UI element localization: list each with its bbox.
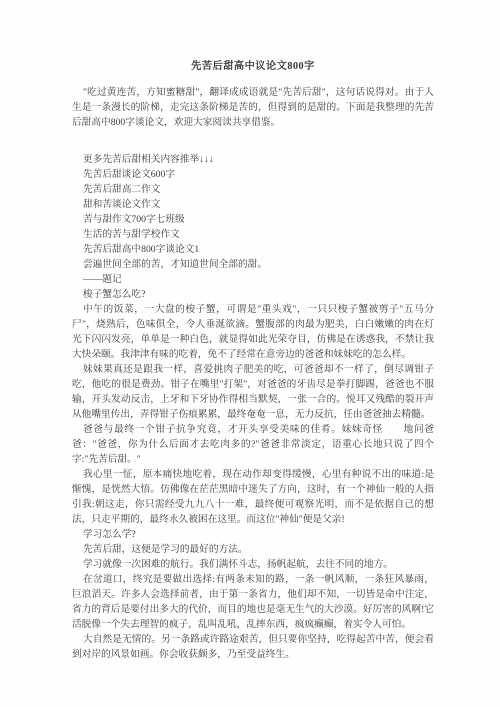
related-item: 先苦后甜谈论文600字 bbox=[72, 167, 434, 182]
related-links-block: 更多先苦后甜相关内容推举↓↓↓ 先苦后甜谈论文600字 先苦后甜高二作文 甜和苦… bbox=[72, 152, 434, 242]
document-page: 先苦后甜高中议论文800字 "吃过黄连苦，方知蜜糖甜"，翻译成成语就是"先苦后甜… bbox=[0, 0, 500, 707]
related-item: 生活的苦与甜学校作文 bbox=[72, 227, 434, 242]
intro-paragraph: "吃过黄连苦，方知蜜糖甜"，翻译成成语就是"先苦后甜"，这句话说得对。由于人生是… bbox=[72, 85, 434, 130]
essay-paragraph: 爸爸与最终一个钳子抗争究竟，才开头享受美味的佳肴。妹妹奇怪 地问爸爸："爸爸，你… bbox=[72, 422, 434, 467]
essay-paragraph: 先苦后甜，这便是学习的最好的方法。 bbox=[72, 542, 434, 557]
essay-paragraph: 学习怎么学? bbox=[72, 527, 434, 542]
essay-paragraph: 我心里一怔，原本痛快地吃着，现在动作却变得缓慢，心里有种说不出的味道:是惭愧，是… bbox=[72, 467, 434, 527]
essay-paragraph: 妹妹果真还是跟我一样，喜爱挑肉子肥美的吃，可爸爸却不一样了，倒尽调钳子吃，他吃的… bbox=[72, 362, 434, 422]
essay-paragraph: 在岔道口，终究是要做出选择:有两条未知的路，一条一帆风顺，一条狂风暴雨，巨浪滔天… bbox=[72, 572, 434, 632]
related-item: 先苦后甜高二作文 bbox=[72, 182, 434, 197]
related-item: 甜和苦谈论文作文 bbox=[72, 197, 434, 212]
page-title: 先苦后甜高中议论文800字 bbox=[72, 59, 434, 75]
essay-paragraph: 中午的饭菜，一大盘的梭子蟹，可谓是"重头戏"，一只只梭子蟹被剪子"五马分尸"，烧… bbox=[72, 302, 434, 362]
essay-paragraph: 学习就像一次困难的航行。我们满怀斗志，扬帆起航，去往不同的地方。 bbox=[72, 557, 434, 572]
related-header: 更多先苦后甜相关内容推举↓↓↓ bbox=[72, 152, 434, 167]
essay-heading: 先苦后甜高中800字谈论文1 bbox=[72, 242, 434, 257]
essay-paragraph: 大自然是无情的。另一条路或许路途艰苦，但只要你坚持，吃得起苦中苦，便会看到对岸的… bbox=[72, 632, 434, 662]
related-item: 苦与甜作文700字七班级 bbox=[72, 212, 434, 227]
document-body: "吃过黄连苦，方知蜜糖甜"，翻译成成语就是"先苦后甜"，这句话说得对。由于人生是… bbox=[72, 85, 434, 662]
essay-paragraph: 梭子蟹怎么吃? bbox=[72, 287, 434, 302]
essay-paragraph: 尝遍世间全部的苦，才知道世间全部的甜。 bbox=[72, 257, 434, 272]
essay-paragraph: ——题记 bbox=[72, 272, 434, 287]
